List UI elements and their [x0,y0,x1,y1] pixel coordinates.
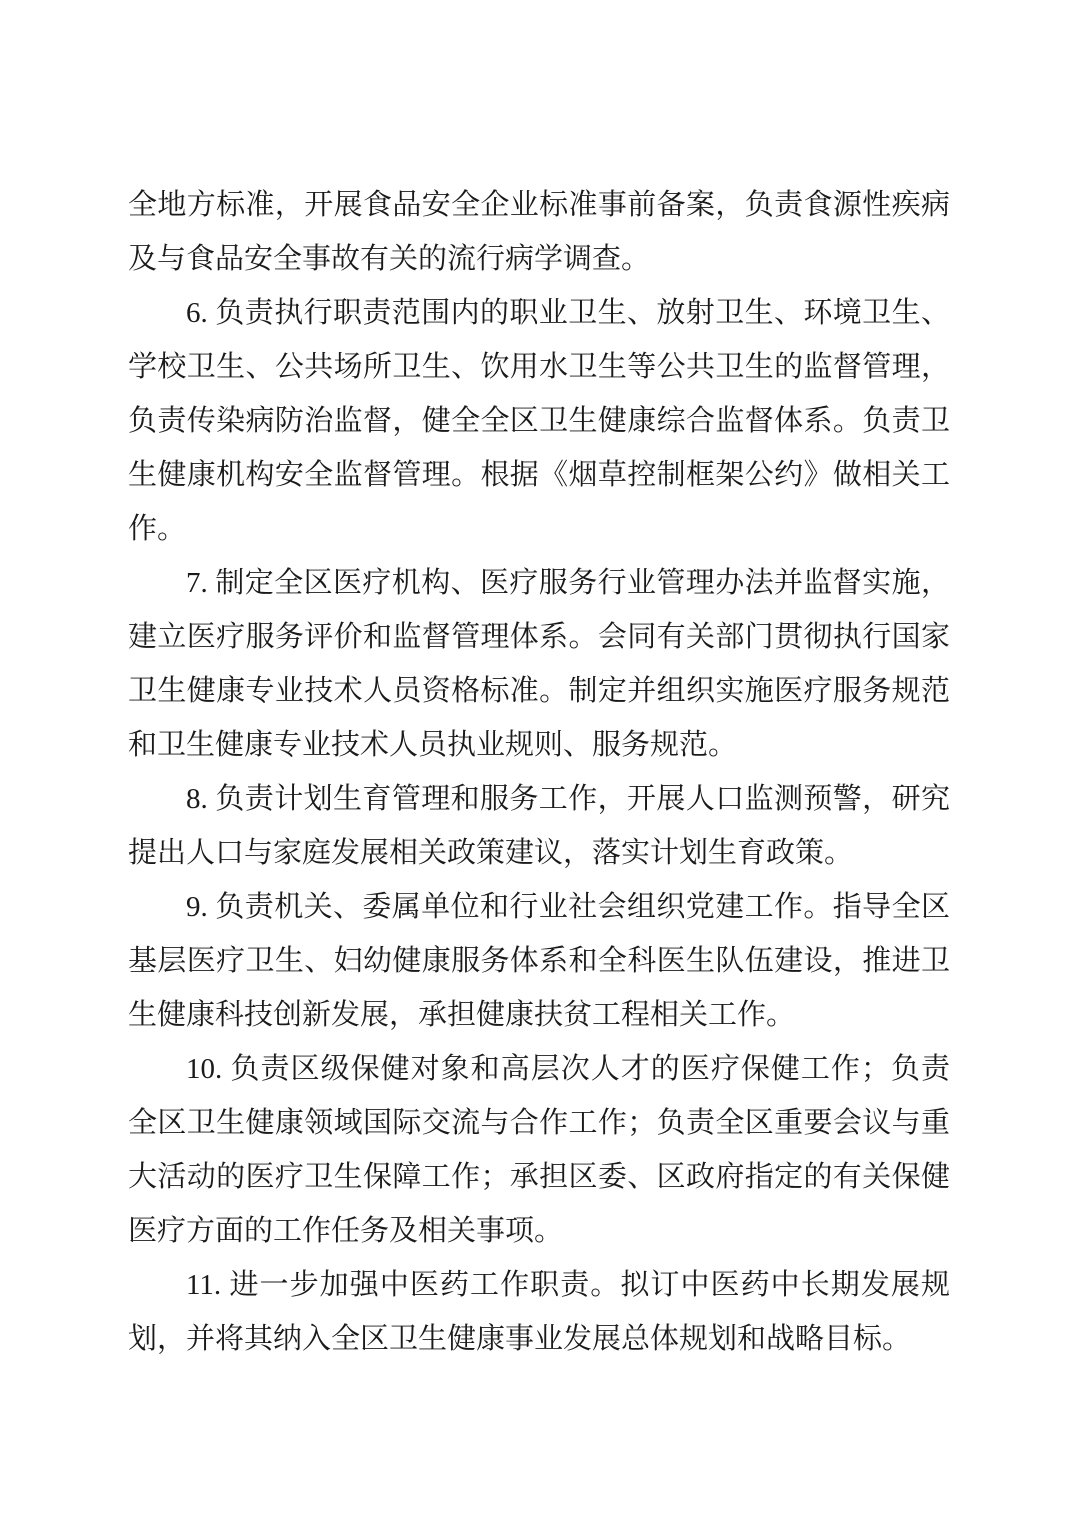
document-body: 全地方标准，开展食品安全企业标准事前备案，负责食源性疾病及与食品安全事故有关的流… [128,178,950,1366]
paragraph-item-11: 11. 进一步加强中医药工作职责。拟订中医药中长期发展规划，并将其纳入全区卫生健… [128,1258,950,1366]
paragraph-item-10: 10. 负责区级保健对象和高层次人才的医疗保健工作；负责全区卫生健康领域国际交流… [128,1042,950,1258]
paragraph-item-8: 8. 负责计划生育管理和服务工作，开展人口监测预警，研究提出人口与家庭发展相关政… [128,772,950,880]
paragraph-item-6: 6. 负责执行职责范围内的职业卫生、放射卫生、环境卫生、学校卫生、公共场所卫生、… [128,286,950,556]
paragraph-item-9: 9. 负责机关、委属单位和行业社会组织党建工作。指导全区基层医疗卫生、妇幼健康服… [128,880,950,1042]
document-page: 全地方标准，开展食品安全企业标准事前备案，负责食源性疾病及与食品安全事故有关的流… [0,0,1074,1520]
paragraph-continuation: 全地方标准，开展食品安全企业标准事前备案，负责食源性疾病及与食品安全事故有关的流… [128,178,950,286]
paragraph-item-7: 7. 制定全区医疗机构、医疗服务行业管理办法并监督实施，建立医疗服务评价和监督管… [128,556,950,772]
